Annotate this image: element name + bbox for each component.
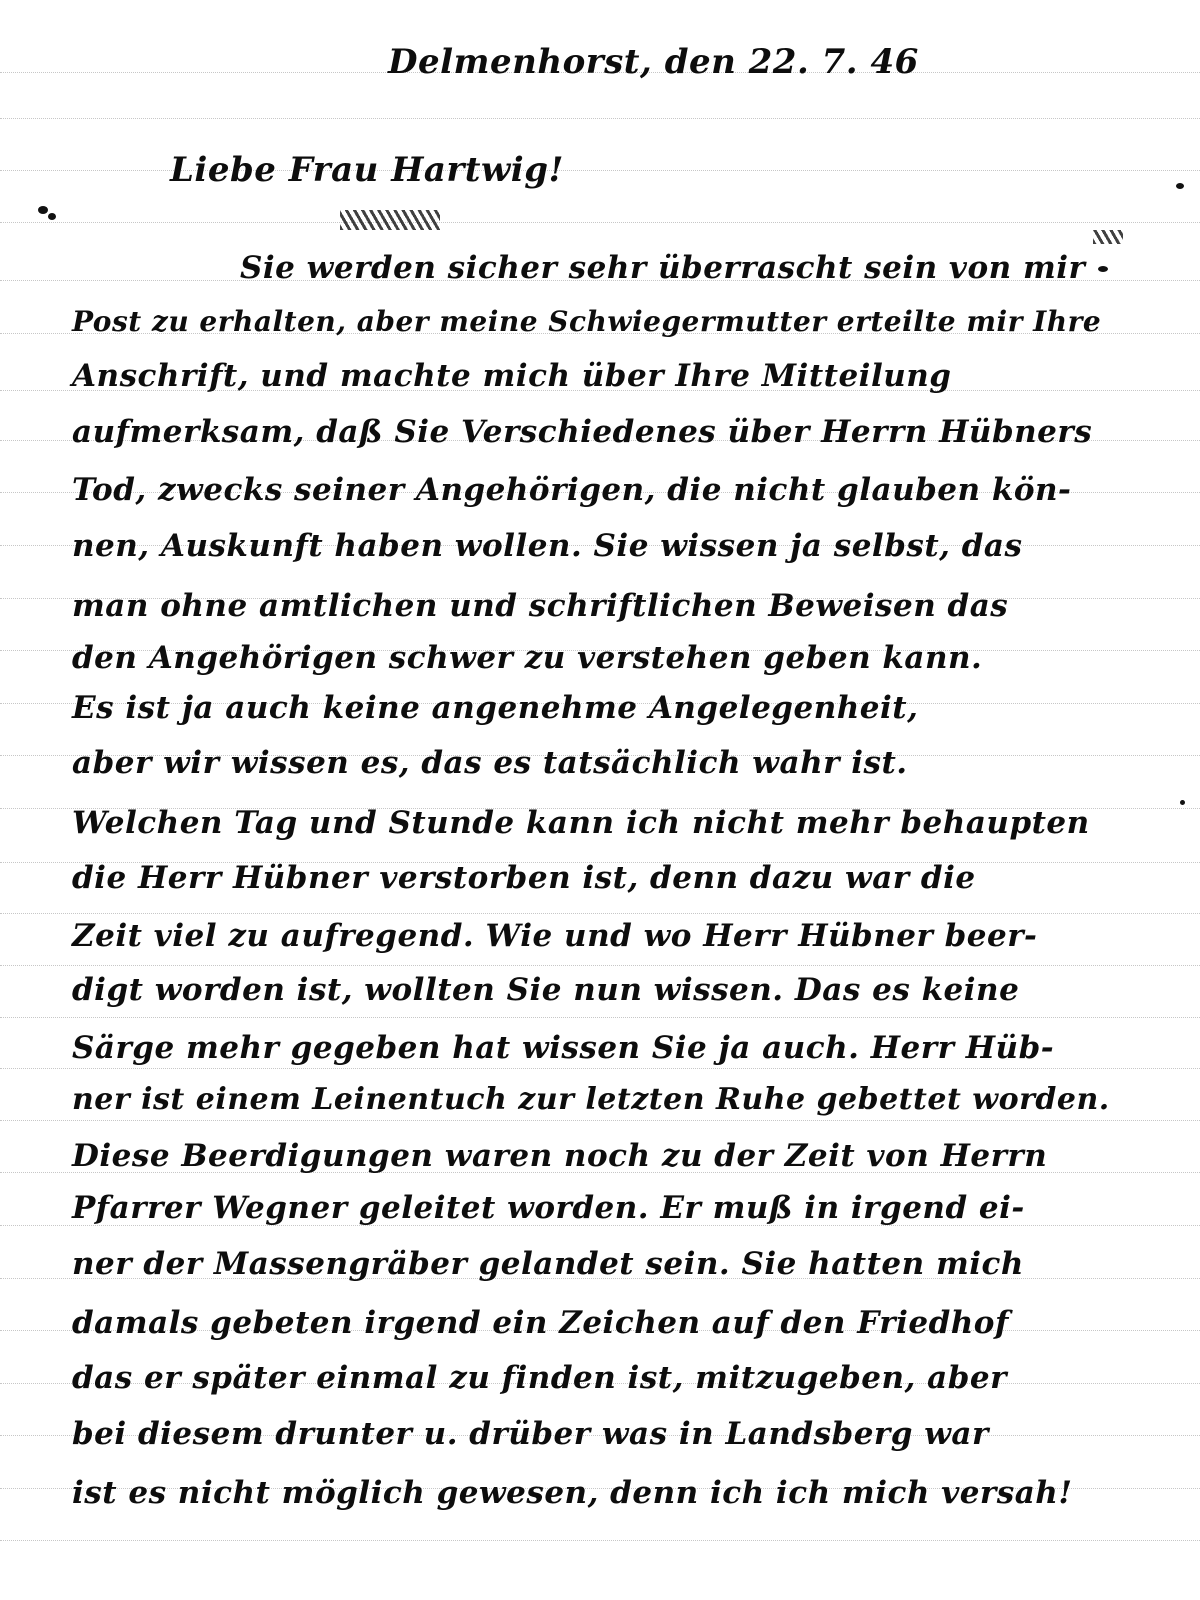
body-line-8: den Angehörigen schwer zu verstehen gebe… — [72, 640, 982, 676]
body-line-20: damals gebeten irgend ein Zeichen auf de… — [72, 1305, 1009, 1341]
ink-smudge — [340, 210, 440, 230]
body-line-21: das er später einmal zu finden ist, mitz… — [72, 1360, 1007, 1396]
body-line-17: Diese Beerdigungen waren noch zu der Zei… — [72, 1138, 1047, 1174]
body-line-18: Pfarrer Wegner geleitet worden. Er muß i… — [72, 1190, 1025, 1226]
body-line-15: Särge mehr gegeben hat wissen Sie ja auc… — [72, 1030, 1054, 1066]
body-line-16: ner ist einem Leinentuch zur letzten Ruh… — [72, 1082, 1110, 1117]
place-date: Delmenhorst, den 22. 7. 46 — [388, 42, 919, 82]
ruled-line — [0, 1540, 1200, 1541]
body-line-22: bei diesem drunter u. drüber was in Land… — [72, 1416, 989, 1452]
ink-smudge — [1093, 230, 1123, 244]
ruled-line — [0, 965, 1200, 966]
ruled-line — [0, 118, 1200, 119]
body-line-14: digt worden ist, wollten Sie nun wissen.… — [72, 972, 1019, 1008]
body-line-13: Zeit viel zu aufregend. Wie und wo Herr … — [72, 918, 1037, 954]
ruled-line — [0, 1017, 1200, 1018]
ink-speck — [48, 213, 56, 220]
body-line-6: nen, Auskunft haben wollen. Sie wissen j… — [72, 528, 1022, 564]
body-line-23: ist es nicht möglich gewesen, denn ich i… — [72, 1475, 1072, 1511]
body-line-2: Post zu erhalten, aber meine Schwiegermu… — [72, 305, 1101, 338]
ink-speck — [1180, 800, 1185, 805]
body-line-9: Es ist ja auch keine angenehme Angelegen… — [72, 690, 918, 726]
salutation: Liebe Frau Hartwig! — [170, 150, 564, 190]
body-line-10: aber wir wissen es, das es tatsächlich w… — [72, 745, 908, 781]
ruled-line — [0, 1068, 1200, 1069]
body-line-12: die Herr Hübner verstorben ist, denn daz… — [72, 860, 976, 896]
body-line-7: man ohne amtlichen und schriftlichen Bew… — [72, 588, 1008, 624]
ink-speck — [1098, 266, 1108, 272]
ink-speck — [1176, 183, 1184, 189]
ruled-line — [0, 222, 1200, 223]
ruled-line — [0, 1120, 1200, 1121]
body-line-3: Anschrift, und machte mich über Ihre Mit… — [72, 358, 951, 394]
body-line-19: ner der Massengräber gelandet sein. Sie … — [72, 1246, 1024, 1282]
body-line-11: Welchen Tag und Stunde kann ich nicht me… — [72, 805, 1090, 841]
body-line-4: aufmerksam, daß Sie Verschiedenes über H… — [72, 414, 1092, 450]
ruled-line — [0, 913, 1200, 914]
letter-page: Delmenhorst, den 22. 7. 46 Liebe Frau Ha… — [0, 0, 1200, 1600]
body-line-1: Sie werden sicher sehr überrascht sein v… — [240, 250, 1085, 286]
body-line-5: Tod, zwecks seiner Angehörigen, die nich… — [72, 472, 1071, 508]
ink-speck — [38, 206, 48, 214]
